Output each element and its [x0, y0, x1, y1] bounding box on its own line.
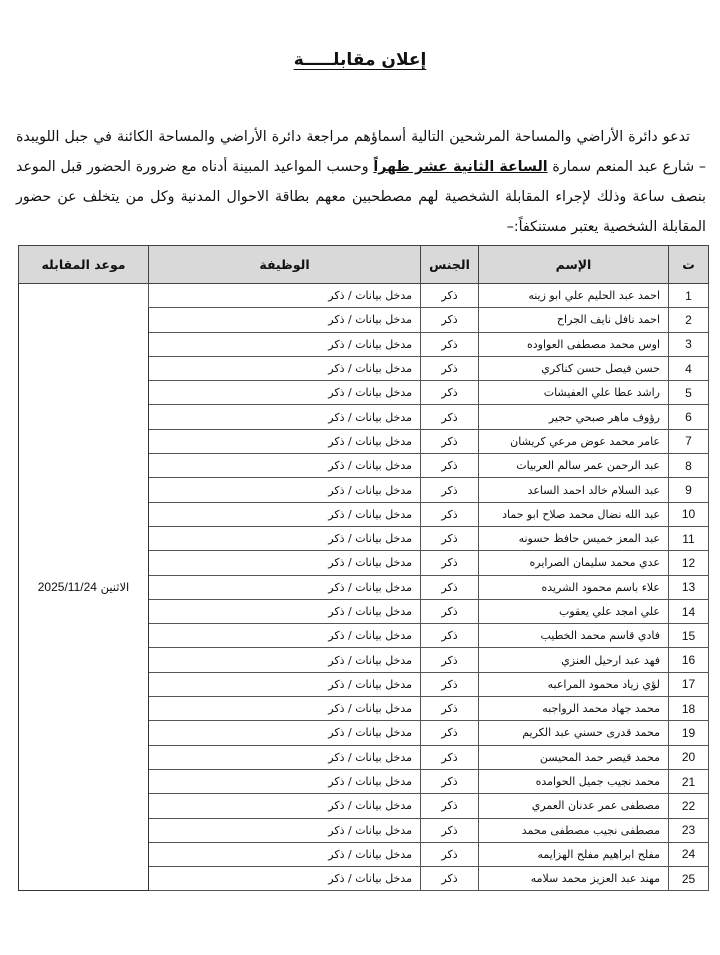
candidate-gender: ذكر	[421, 745, 479, 769]
candidate-job: مدخل بيانات / ذكر	[149, 818, 421, 842]
row-number: 19	[669, 721, 709, 745]
row-number: 17	[669, 672, 709, 696]
row-number: 7	[669, 429, 709, 453]
candidate-job: مدخل بيانات / ذكر	[149, 551, 421, 575]
row-number: 3	[669, 332, 709, 356]
candidate-gender: ذكر	[421, 478, 479, 502]
intro-time-emphasis: الساعة الثانية عشر ظهراً	[373, 159, 547, 175]
row-number: 25	[669, 867, 709, 891]
candidate-name: محمد قيصر حمد المحيسن	[479, 745, 669, 769]
candidate-name: مهند عبد العزيز محمد سلامه	[479, 867, 669, 891]
row-number: 10	[669, 502, 709, 526]
candidates-table: ت الإسم الجنس الوظيفة موعد المقابله 1احم…	[18, 245, 709, 891]
candidate-gender: ذكر	[421, 599, 479, 623]
candidate-name: فهد عبد ارحيل العنزي	[479, 648, 669, 672]
candidate-job: مدخل بيانات / ذكر	[149, 697, 421, 721]
table-header-row: ت الإسم الجنس الوظيفة موعد المقابله	[19, 246, 709, 284]
header-number: ت	[669, 246, 709, 284]
row-number: 13	[669, 575, 709, 599]
candidate-name: لؤي زياد محمود المراعبه	[479, 672, 669, 696]
candidate-job: مدخل بيانات / ذكر	[149, 721, 421, 745]
candidate-name: عبد الرحمن عمر سالم العربيات	[479, 454, 669, 478]
candidate-job: مدخل بيانات / ذكر	[149, 526, 421, 550]
row-number: 11	[669, 526, 709, 550]
candidate-name: عبد المعز خميس حافظ حسونه	[479, 526, 669, 550]
row-number: 6	[669, 405, 709, 429]
candidate-job: مدخل بيانات / ذكر	[149, 867, 421, 891]
row-number: 1	[669, 284, 709, 308]
candidate-job: مدخل بيانات / ذكر	[149, 381, 421, 405]
row-number: 24	[669, 842, 709, 866]
row-number: 2	[669, 308, 709, 332]
header-gender: الجنس	[421, 246, 479, 284]
candidate-gender: ذكر	[421, 769, 479, 793]
candidate-gender: ذكر	[421, 381, 479, 405]
candidate-gender: ذكر	[421, 551, 479, 575]
candidate-name: احمد نافل نايف الجراح	[479, 308, 669, 332]
header-interview-date: موعد المقابله	[19, 246, 149, 284]
table-body: 1احمد عبد الحليم علي ابو زينهذكرمدخل بيا…	[19, 284, 709, 891]
candidate-gender: ذكر	[421, 284, 479, 308]
row-number: 18	[669, 697, 709, 721]
candidate-name: احمد عبد الحليم علي ابو زينه	[479, 284, 669, 308]
candidate-gender: ذكر	[421, 794, 479, 818]
row-number: 20	[669, 745, 709, 769]
candidate-name: عبد السلام خالد احمد الساعد	[479, 478, 669, 502]
candidate-job: مدخل بيانات / ذكر	[149, 454, 421, 478]
candidate-job: مدخل بيانات / ذكر	[149, 405, 421, 429]
candidate-name: حسن فيصل حسن كناكري	[479, 356, 669, 380]
candidate-name: عامر محمد عوض مرعي كريشان	[479, 429, 669, 453]
candidate-gender: ذكر	[421, 405, 479, 429]
document-title-block: إعلان مقابلـــــة	[0, 50, 720, 70]
candidate-job: مدخل بيانات / ذكر	[149, 308, 421, 332]
row-number: 4	[669, 356, 709, 380]
table-row: 1احمد عبد الحليم علي ابو زينهذكرمدخل بيا…	[19, 284, 709, 308]
candidate-job: مدخل بيانات / ذكر	[149, 672, 421, 696]
interview-date: 2025/11/24	[38, 580, 97, 594]
intro-paragraph: تدعو دائرة الأراضي والمساحة المرشحين الت…	[16, 122, 706, 242]
candidate-job: مدخل بيانات / ذكر	[149, 599, 421, 623]
candidate-job: مدخل بيانات / ذكر	[149, 429, 421, 453]
candidate-job: مدخل بيانات / ذكر	[149, 624, 421, 648]
candidate-gender: ذكر	[421, 308, 479, 332]
candidate-gender: ذكر	[421, 502, 479, 526]
candidate-job: مدخل بيانات / ذكر	[149, 769, 421, 793]
candidate-name: مفلح ابراهيم مفلح الهزايمه	[479, 842, 669, 866]
document-title: إعلان مقابلـــــة	[294, 50, 427, 70]
header-name: الإسم	[479, 246, 669, 284]
row-number: 5	[669, 381, 709, 405]
candidate-job: مدخل بيانات / ذكر	[149, 478, 421, 502]
candidate-job: مدخل بيانات / ذكر	[149, 575, 421, 599]
candidate-name: محمد قدرى حسني عبد الكريم	[479, 721, 669, 745]
row-number: 14	[669, 599, 709, 623]
candidate-name: محمد جهاد محمد الرواجبه	[479, 697, 669, 721]
row-number: 16	[669, 648, 709, 672]
candidate-job: مدخل بيانات / ذكر	[149, 284, 421, 308]
candidate-gender: ذكر	[421, 648, 479, 672]
row-number: 22	[669, 794, 709, 818]
candidate-name: مصطفى عمر عدنان العمري	[479, 794, 669, 818]
candidate-name: اوس محمد مصطفى العواوده	[479, 332, 669, 356]
candidate-name: عدي محمد سليمان الصرايره	[479, 551, 669, 575]
candidate-job: مدخل بيانات / ذكر	[149, 502, 421, 526]
candidate-name: راشد عطا علي العفيشات	[479, 381, 669, 405]
candidate-name: عبد الله نضال محمد صلاح ابو حماد	[479, 502, 669, 526]
candidate-gender: ذكر	[421, 356, 479, 380]
row-number: 8	[669, 454, 709, 478]
candidate-gender: ذكر	[421, 842, 479, 866]
candidate-gender: ذكر	[421, 526, 479, 550]
candidate-name: مصطفى نجيب مصطفى محمد	[479, 818, 669, 842]
candidate-job: مدخل بيانات / ذكر	[149, 648, 421, 672]
candidate-job: مدخل بيانات / ذكر	[149, 356, 421, 380]
interview-date-cell: الاثنين 2025/11/24	[19, 284, 149, 891]
candidate-job: مدخل بيانات / ذكر	[149, 794, 421, 818]
candidate-job: مدخل بيانات / ذكر	[149, 745, 421, 769]
candidate-gender: ذكر	[421, 721, 479, 745]
row-number: 21	[669, 769, 709, 793]
candidate-gender: ذكر	[421, 818, 479, 842]
candidate-gender: ذكر	[421, 454, 479, 478]
header-job: الوظيفة	[149, 246, 421, 284]
candidate-name: علاء باسم محمود الشريده	[479, 575, 669, 599]
candidate-job: مدخل بيانات / ذكر	[149, 332, 421, 356]
interview-day: الاثنين	[101, 580, 130, 594]
row-number: 15	[669, 624, 709, 648]
candidate-name: رؤوف ماهر صبحي حجير	[479, 405, 669, 429]
candidate-gender: ذكر	[421, 624, 479, 648]
candidate-name: علي امجد علي يعقوب	[479, 599, 669, 623]
candidate-name: محمد نجيب جميل الحوامده	[479, 769, 669, 793]
candidate-gender: ذكر	[421, 575, 479, 599]
candidate-name: فادي قاسم محمد الخطيب	[479, 624, 669, 648]
candidate-gender: ذكر	[421, 429, 479, 453]
candidate-job: مدخل بيانات / ذكر	[149, 842, 421, 866]
candidate-gender: ذكر	[421, 697, 479, 721]
row-number: 9	[669, 478, 709, 502]
candidate-gender: ذكر	[421, 672, 479, 696]
candidate-gender: ذكر	[421, 332, 479, 356]
row-number: 12	[669, 551, 709, 575]
candidate-gender: ذكر	[421, 867, 479, 891]
row-number: 23	[669, 818, 709, 842]
